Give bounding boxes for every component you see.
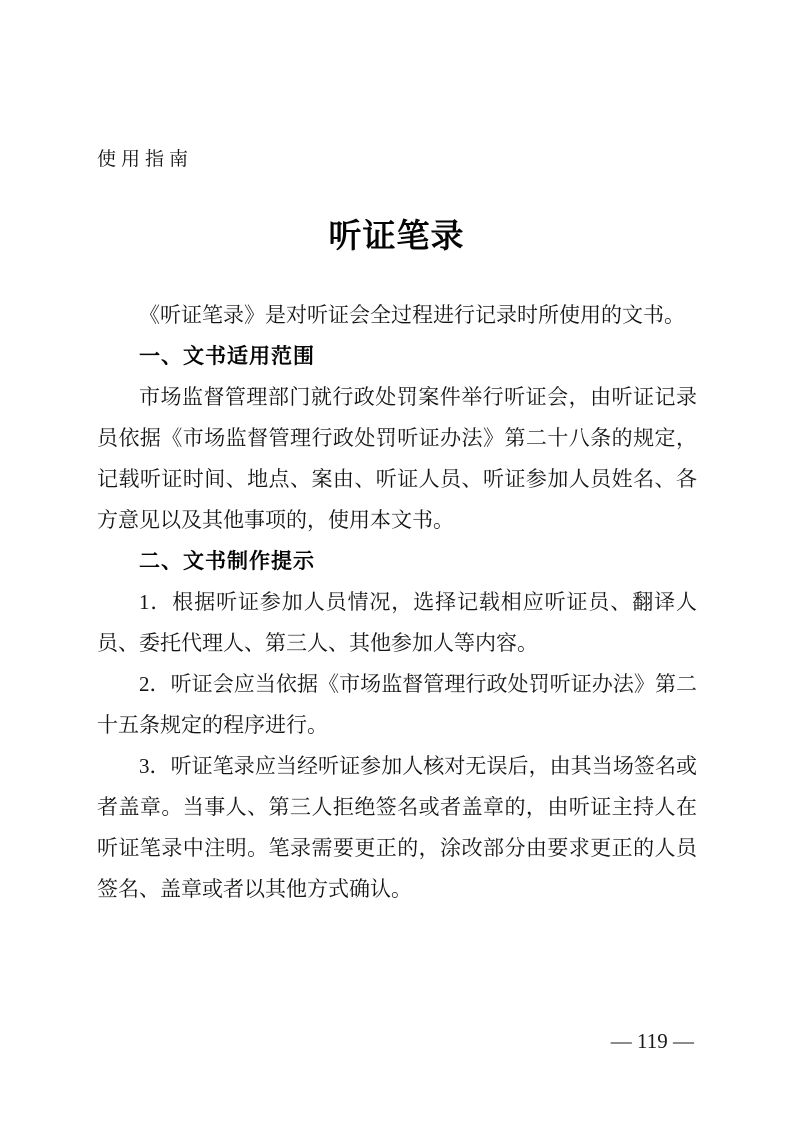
section2-item-1: 1．根据听证参加人员情况，选择记载相应听证员、翻译人员、委托代理人、第三人、其他… bbox=[97, 582, 697, 664]
intro-paragraph: 《听证笔录》是对听证会全过程进行记录时所使用的文书。 bbox=[97, 295, 697, 336]
page-number: — 119 — bbox=[611, 1029, 694, 1054]
section2-item-3: 3．听证笔录应当经听证参加人核对无误后，由其当场签名或者盖章。当事人、第三人拒绝… bbox=[97, 746, 697, 910]
section2-item-2: 2．听证会应当依据《市场监督管理行政处罚听证办法》第二十五条规定的程序进行。 bbox=[97, 664, 697, 746]
corner-label: 使用指南 bbox=[97, 144, 193, 171]
section-heading-1: 一、文书适用范围 bbox=[97, 336, 697, 377]
section-heading-2: 二、文书制作提示 bbox=[97, 541, 697, 582]
section1-paragraph: 市场监督管理部门就行政处罚案件举行听证会，由听证记录员依据《市场监督管理行政处罚… bbox=[97, 377, 697, 541]
page-title: 听证笔录 bbox=[0, 210, 793, 257]
document-page: 使用指南 听证笔录 《听证笔录》是对听证会全过程进行记录时所使用的文书。 一、文… bbox=[0, 0, 793, 1122]
document-body: 《听证笔录》是对听证会全过程进行记录时所使用的文书。 一、文书适用范围 市场监督… bbox=[97, 295, 697, 910]
